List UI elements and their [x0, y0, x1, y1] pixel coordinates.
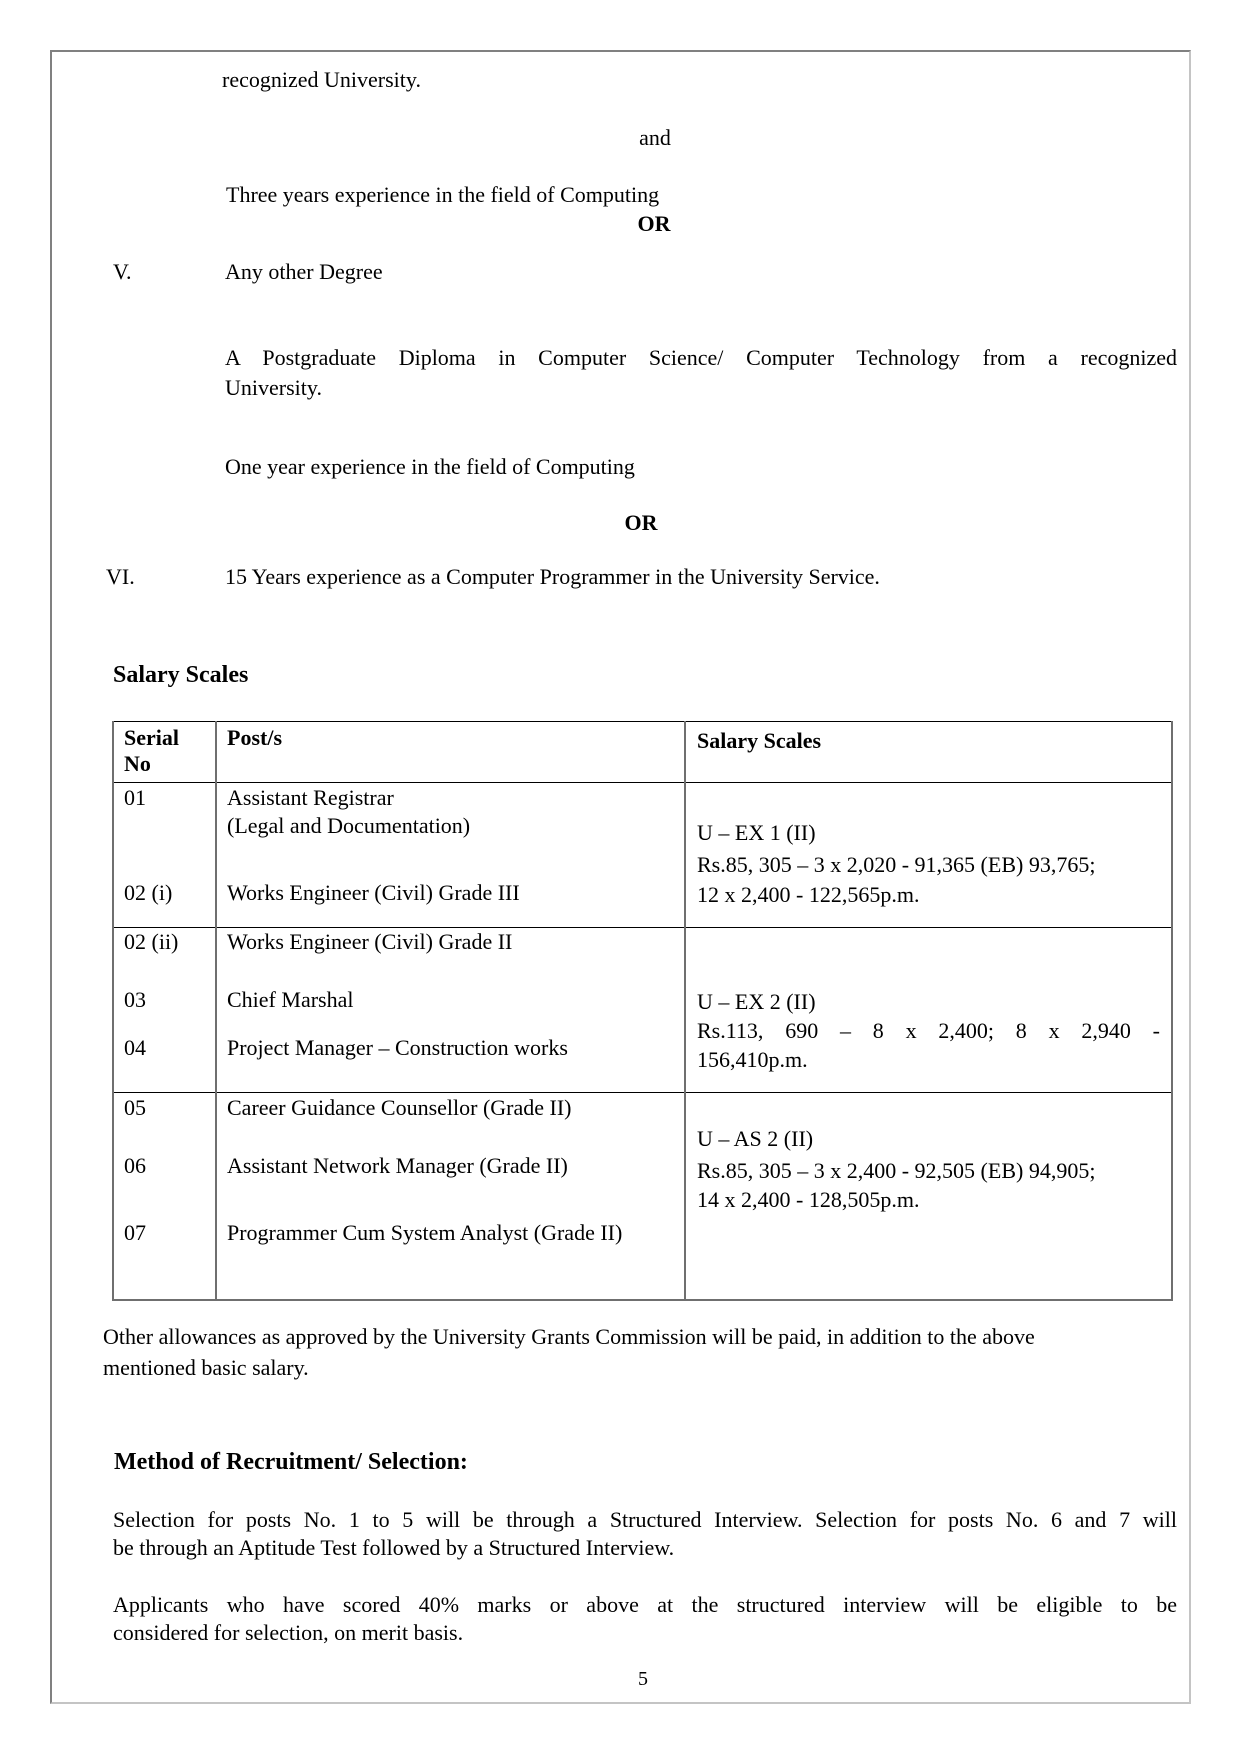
table-col-divider — [215, 721, 217, 1301]
scale-detail: 14 x 2,400 - 128,505p.m. — [697, 1186, 919, 1214]
conjunction-or: OR — [625, 509, 658, 537]
row-post: Career Guidance Counsellor (Grade II) — [227, 1094, 572, 1122]
item-v-line1: Any other Degree — [225, 258, 383, 286]
item-v-numeral: V. — [113, 258, 132, 286]
table-border-left — [112, 721, 114, 1301]
row-serial: 04 — [124, 1034, 146, 1062]
row-post: Project Manager – Construction works — [227, 1034, 568, 1062]
item-v-line2b: University. — [225, 374, 322, 402]
recruitment-heading: Method of Recruitment/ Selection: — [114, 1447, 468, 1477]
page-number: 5 — [638, 1665, 648, 1693]
recruitment-para1-line1: Selection for posts No. 1 to 5 will be t… — [113, 1506, 1177, 1534]
row-post-detail: (Legal and Documentation) — [227, 812, 470, 840]
item-vi-text: 15 Years experience as a Computer Progra… — [225, 563, 880, 591]
scale-detail: 156,410p.m. — [697, 1046, 808, 1074]
item-vi-numeral: VI. — [106, 563, 135, 591]
salary-scales-heading: Salary Scales — [113, 660, 248, 690]
row-post: Works Engineer (Civil) Grade III — [227, 879, 520, 907]
header-serial: Serial — [124, 724, 179, 752]
row-serial: 07 — [124, 1219, 146, 1247]
scale-detail: Rs.113, 690 – 8 x 2,400; 8 x 2,940 - — [697, 1017, 1160, 1045]
table-row-divider — [113, 1092, 1173, 1093]
scale-code: U – AS 2 (II) — [697, 1125, 813, 1153]
row-serial: 05 — [124, 1094, 146, 1122]
table-col-divider — [684, 721, 686, 1301]
table-border-top — [113, 721, 1173, 722]
conjunction-or: OR — [638, 210, 671, 238]
row-post: Assistant Registrar — [227, 784, 394, 812]
qualification-iv-experience: Three years experience in the field of C… — [226, 181, 659, 209]
qualification-iv-tail: recognized University. — [222, 66, 421, 94]
conjunction-and: and — [639, 124, 671, 152]
allowances-note-line2: mentioned basic salary. — [103, 1354, 309, 1382]
row-post: Works Engineer (Civil) Grade II — [227, 928, 512, 956]
header-serial-no: No — [124, 750, 151, 778]
table-border-right — [1171, 721, 1173, 1301]
row-serial: 01 — [124, 784, 146, 812]
item-v-line2a: A Postgraduate Diploma in Computer Scien… — [225, 344, 1177, 372]
scale-detail: Rs.85, 305 – 3 x 2,400 - 92,505 (EB) 94,… — [697, 1157, 1095, 1185]
recruitment-para1-line2: be through an Aptitude Test followed by … — [113, 1534, 674, 1562]
header-post: Post/s — [227, 724, 282, 752]
row-post: Chief Marshal — [227, 986, 353, 1014]
row-serial: 02 (i) — [124, 879, 172, 907]
row-serial: 06 — [124, 1152, 146, 1180]
table-header-divider — [113, 782, 1173, 783]
recruitment-para2-line2: considered for selection, on merit basis… — [113, 1619, 463, 1647]
recruitment-para2-line1: Applicants who have scored 40% marks or … — [113, 1591, 1177, 1619]
scale-code: U – EX 2 (II) — [697, 988, 816, 1016]
header-salary-scales: Salary Scales — [697, 727, 821, 755]
table-border-bottom — [113, 1299, 1173, 1301]
row-post: Assistant Network Manager (Grade II) — [227, 1152, 568, 1180]
scale-code: U – EX 1 (II) — [697, 819, 816, 847]
scale-detail: Rs.85, 305 – 3 x 2,020 - 91,365 (EB) 93,… — [697, 851, 1095, 879]
row-serial: 02 (ii) — [124, 928, 178, 956]
row-serial: 03 — [124, 986, 146, 1014]
allowances-note-line1: Other allowances as approved by the Univ… — [103, 1323, 1035, 1351]
item-v-line3: One year experience in the field of Comp… — [225, 453, 635, 481]
scale-detail: 12 x 2,400 - 122,565p.m. — [697, 881, 919, 909]
row-post: Programmer Cum System Analyst (Grade II) — [227, 1219, 622, 1247]
